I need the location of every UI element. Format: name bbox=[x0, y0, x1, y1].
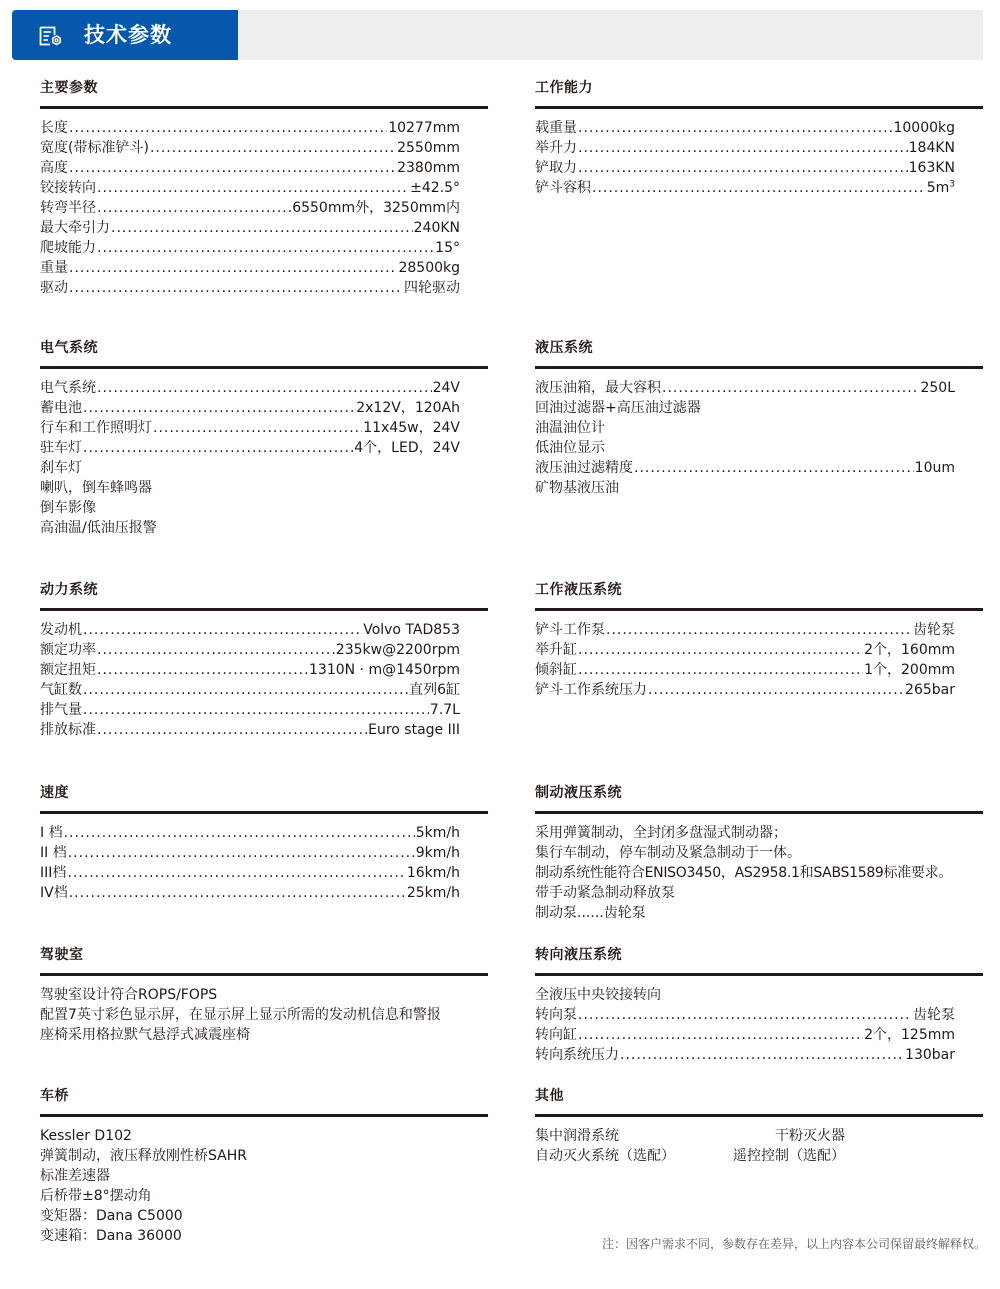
spec-row: 铲斗容积5m3 bbox=[535, 178, 955, 198]
spec-row: 额定功率235kw@2200rpm bbox=[40, 640, 460, 660]
spec-row: 高度2380mm bbox=[40, 158, 460, 178]
spec-line: 喇叭，倒车蜂鸣器 bbox=[40, 478, 488, 498]
section-electrical: 电气系统 电气系统24V 蓄电池2x12V，120Ah 行车和工作照明灯11x4… bbox=[40, 339, 488, 538]
spec-line: 弹簧制动，液压释放刚性桥SAHR bbox=[40, 1146, 488, 1166]
spec-row: 转向系统压力130bar bbox=[535, 1045, 955, 1065]
spec-row: II 档9km/h bbox=[40, 843, 460, 863]
section-divider bbox=[535, 811, 983, 814]
spec-line: 自动灭火系统（选配） 遥控控制（选配） bbox=[535, 1146, 845, 1166]
page-title: 技术参数 bbox=[84, 21, 172, 49]
spec-row: 举升缸2个，160mm bbox=[535, 640, 955, 660]
spec-line: 全液压中央铰接转向 bbox=[535, 985, 983, 1005]
spec-line: 变矩器：Dana C5000 bbox=[40, 1206, 488, 1226]
spec-row: I 档5km/h bbox=[40, 823, 460, 843]
spec-row: 铲斗工作泵齿轮泵 bbox=[535, 620, 955, 640]
spec-row: 转弯半径6550mm外，3250mm内 bbox=[40, 198, 460, 218]
spec-line: 高油温/低油压报警 bbox=[40, 518, 488, 538]
spec-row: 蓄电池2x12V，120Ah bbox=[40, 398, 460, 418]
section-title: 速度 bbox=[40, 784, 488, 802]
spec-line: Kessler D102 bbox=[40, 1126, 488, 1146]
section-speed: 速度 I 档5km/h II 档9km/h III档16km/h IV档25km… bbox=[40, 784, 488, 903]
section-cab: 驾驶室 驾驶室设计符合ROPS/FOPS 配置7英寸彩色显示屏，在显示屏上显示所… bbox=[40, 946, 488, 1045]
spec-line: 带手动紧急制动释放泵 bbox=[535, 883, 983, 903]
spec-line: 矿物基液压油 bbox=[535, 478, 983, 498]
section-steering-hydraulic: 转向液压系统 全液压中央铰接转向 转向泵齿轮泵 转向缸2个，125mm 转向系统… bbox=[535, 946, 983, 1065]
section-divider bbox=[40, 608, 488, 611]
section-title: 主要参数 bbox=[40, 79, 488, 97]
spec-row: 液压油箱，最大容积250L bbox=[535, 378, 955, 398]
spec-line: 回油过滤器+高压油过滤器 bbox=[535, 398, 983, 418]
section-title: 电气系统 bbox=[40, 339, 488, 357]
spec-row: 电气系统24V bbox=[40, 378, 460, 398]
spec-line: 变速箱：Dana 36000 bbox=[40, 1226, 488, 1246]
section-title: 其他 bbox=[535, 1087, 983, 1105]
section-divider bbox=[535, 973, 983, 976]
section-title: 驾驶室 bbox=[40, 946, 488, 964]
spec-line: 制动系统性能符合ENISO3450，AS2958.1和SABS1589标准要求。 bbox=[535, 863, 983, 883]
spec-row: 气缸数直列6缸 bbox=[40, 680, 460, 700]
section-hydraulic: 液压系统 液压油箱，最大容积250L 回油过滤器+高压油过滤器 油温油位计 低油… bbox=[535, 339, 983, 498]
spec-sheet-gear-icon bbox=[39, 26, 63, 46]
section-other: 其他 集中润滑系统 干粉灭火器 自动灭火系统（选配） 遥控控制（选配） bbox=[535, 1087, 983, 1166]
section-main-params: 主要参数 长度10277mm 宽度(带标准铲斗)2550mm 高度2380mm … bbox=[40, 79, 488, 298]
section-divider bbox=[535, 366, 983, 369]
section-divider bbox=[535, 106, 983, 109]
spec-line: 配置7英寸彩色显示屏，在显示屏上显示所需的发动机信息和警报 bbox=[40, 1005, 488, 1025]
spec-row: 举升力184KN bbox=[535, 138, 955, 158]
section-title: 制动液压系统 bbox=[535, 784, 983, 802]
spec-row: 排放标准Euro stage III bbox=[40, 720, 460, 740]
spec-row: IV档25km/h bbox=[40, 883, 460, 903]
spec-row: 转向泵齿轮泵 bbox=[535, 1005, 955, 1025]
spec-row: 驱动四轮驱动 bbox=[40, 278, 460, 298]
section-title: 液压系统 bbox=[535, 339, 983, 357]
section-work-hydraulic: 工作液压系统 铲斗工作泵齿轮泵 举升缸2个，160mm 倾斜缸1个，200mm … bbox=[535, 581, 983, 700]
spec-row: 排气量7.7L bbox=[40, 700, 460, 720]
spec-line: 座椅采用格拉默气悬浮式减震座椅 bbox=[40, 1025, 488, 1045]
section-title: 工作能力 bbox=[535, 79, 983, 97]
section-divider bbox=[40, 366, 488, 369]
footnote: 注：因客户需求不同，参数存在差异，以上内容本公司保留最终解释权。 bbox=[602, 1235, 986, 1252]
spec-row: 转向缸2个，125mm bbox=[535, 1025, 955, 1045]
spec-row: 重量28500kg bbox=[40, 258, 460, 278]
section-divider bbox=[535, 608, 983, 611]
section-title: 转向液压系统 bbox=[535, 946, 983, 964]
spec-row: 载重量10000kg bbox=[535, 118, 955, 138]
spec-line: 后桥带±8°摆动角 bbox=[40, 1186, 488, 1206]
section-brake-hydraulic: 制动液压系统 采用弹簧制动，全封闭多盘湿式制动器； 集行车制动，停车制动及紧急制… bbox=[535, 784, 983, 923]
spec-row: 长度10277mm bbox=[40, 118, 460, 138]
spec-row: 发动机Volvo TAD853 bbox=[40, 620, 460, 640]
section-divider bbox=[40, 106, 488, 109]
spec-line: 集行车制动，停车制动及紧急制动于一体。 bbox=[535, 843, 983, 863]
section-title: 动力系统 bbox=[40, 581, 488, 599]
spec-line: 标准差速器 bbox=[40, 1166, 488, 1186]
spec-row: 行车和工作照明灯11x45w，24V bbox=[40, 418, 460, 438]
section-divider bbox=[40, 973, 488, 976]
section-axle: 车桥 Kessler D102 弹簧制动，液压释放刚性桥SAHR 标准差速器 后… bbox=[40, 1087, 488, 1246]
section-title: 车桥 bbox=[40, 1087, 488, 1105]
spec-line: 低油位显示 bbox=[535, 438, 983, 458]
section-power: 动力系统 发动机Volvo TAD853 额定功率235kw@2200rpm 额… bbox=[40, 581, 488, 740]
spec-line: 倒车影像 bbox=[40, 498, 488, 518]
spec-row: 铲取力163KN bbox=[535, 158, 955, 178]
spec-line: 采用弹簧制动，全封闭多盘湿式制动器； bbox=[535, 823, 983, 843]
spec-row: 倾斜缸1个，200mm bbox=[535, 660, 955, 680]
spec-row: 爬坡能力15° bbox=[40, 238, 460, 258]
spec-row: 宽度(带标准铲斗)2550mm bbox=[40, 138, 460, 158]
spec-line: 集中润滑系统 干粉灭火器 bbox=[535, 1126, 845, 1146]
spec-row: 液压油过滤精度10um bbox=[535, 458, 955, 478]
spec-row: 铲斗工作系统压力265bar bbox=[535, 680, 955, 700]
spec-row: 驻车灯4个，LED，24V bbox=[40, 438, 460, 458]
spec-row: 铰接转向±42.5° bbox=[40, 178, 460, 198]
spec-row: 最大牵引力240KN bbox=[40, 218, 460, 238]
section-divider bbox=[40, 811, 488, 814]
section-divider bbox=[535, 1114, 983, 1117]
section-title: 工作液压系统 bbox=[535, 581, 983, 599]
spec-row: III档16km/h bbox=[40, 863, 460, 883]
header-tab: 技术参数 bbox=[12, 10, 238, 60]
section-divider bbox=[40, 1114, 488, 1117]
spec-line: 驾驶室设计符合ROPS/FOPS bbox=[40, 985, 488, 1005]
spec-row: 额定扭矩1310N · m@1450rpm bbox=[40, 660, 460, 680]
spec-line: 油温油位计 bbox=[535, 418, 983, 438]
spec-line: 制动泵......齿轮泵 bbox=[535, 903, 983, 923]
spec-line: 刹车灯 bbox=[40, 458, 488, 478]
section-work-capacity: 工作能力 载重量10000kg 举升力184KN 铲取力163KN 铲斗容积5m… bbox=[535, 79, 983, 198]
